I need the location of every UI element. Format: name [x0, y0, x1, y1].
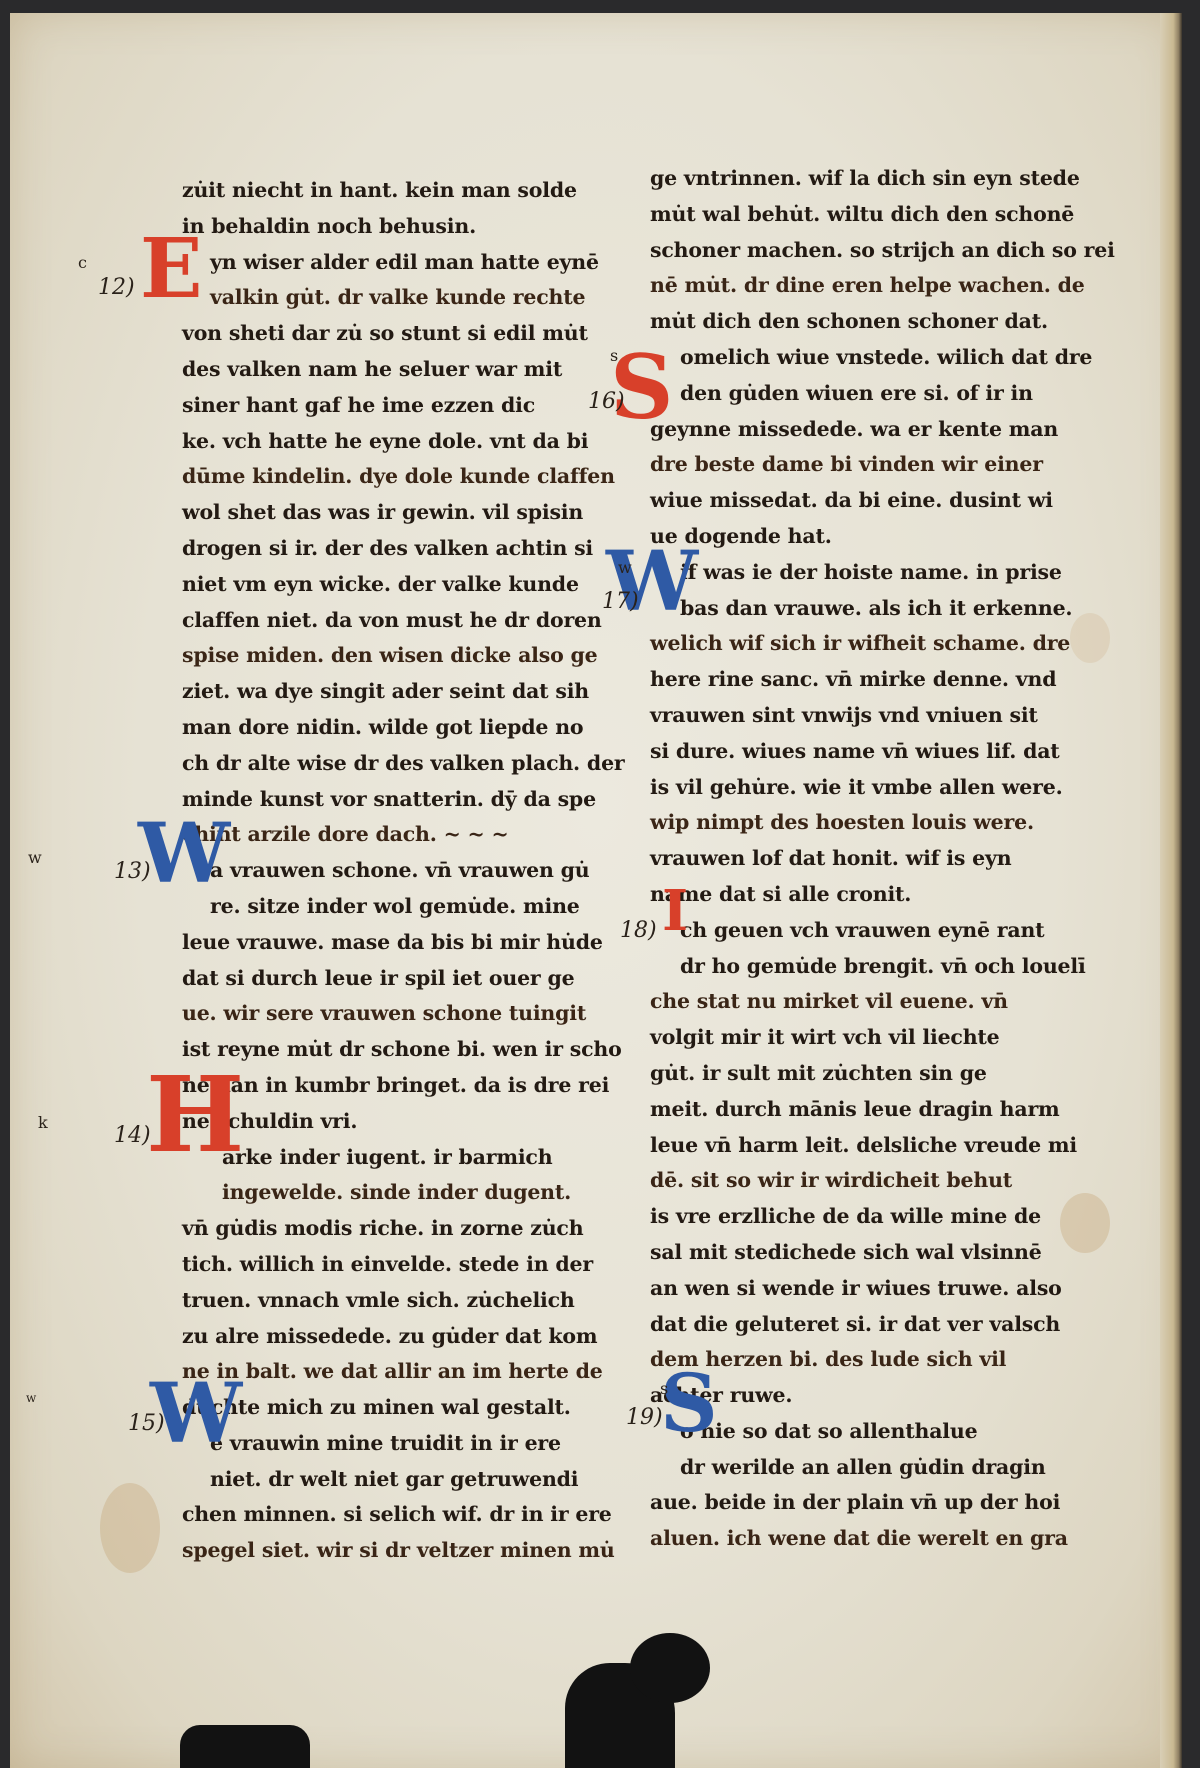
text-line: nē mu̇t. dr dine eren helpe wachen. de — [650, 268, 1100, 304]
text-line: spegel siet. wir si dr veltzer minen mu̇ — [182, 1533, 612, 1569]
text-line: ue dogende hat. — [650, 519, 1100, 555]
text-line: leue vrauwe. mase da bis bi mir hu̇de — [182, 925, 612, 961]
text-line: von sheti dar zu̇ so stunt si edil mu̇t — [182, 316, 612, 352]
text-line: chint arzile dore dach. ~ ~ ~ — [182, 817, 612, 853]
initial-h-red: H — [146, 1063, 244, 1167]
text-line: vrauwen lof dat honit. wif is eyn — [650, 841, 1100, 877]
initial-s-red: S — [610, 343, 674, 431]
initial-e-red: E — [140, 228, 203, 310]
text-line: ch dr alte wise dr des valken plach. der — [182, 746, 612, 782]
text-line: mu̇t wal behu̇t. wiltu dich den schonē — [650, 197, 1100, 233]
text-line: zu̇it niecht in hant. kein man solde — [182, 173, 612, 209]
text-line: ge vntrinnen. wif la dich sin eyn stede — [650, 161, 1100, 197]
text-line: claffen niet. da von must he dr doren — [182, 603, 612, 639]
text-line: in behaldin noch behusin. — [182, 209, 612, 245]
margin-mark: k — [38, 1113, 48, 1132]
left-column: zu̇it niecht in hant. kein man soldein b… — [182, 173, 612, 1569]
text-line: ne in balt. we dat allir an im herte de — [182, 1354, 612, 1390]
text-line: volgit mir it wirt vch vil liechte — [650, 1020, 1100, 1056]
text-line: yn wiser alder edil man hatte eynē — [182, 245, 612, 281]
text-line: is vil gehu̇re. wie it vmbe allen were. — [650, 770, 1100, 806]
stanza-number-18: 18) — [620, 918, 657, 943]
text-line: chen minnen. si selich wif. dr in ir ere — [182, 1497, 612, 1533]
text-line: ne schuldin vri. — [182, 1104, 612, 1140]
text-line: ue. wir sere vrauwen schone tuingit — [182, 996, 612, 1032]
text-line: man dore nidin. wilde got liepde no — [182, 710, 612, 746]
text-line: valkin gu̇t. dr valke kunde rechte — [182, 280, 612, 316]
text-line: a vrauwen schone. vn̄ vrauwen gu̇ — [182, 853, 612, 889]
text-line: ingewelde. sinde inder dugent. — [182, 1175, 612, 1211]
text-line: schoner machen. so strijch an dich so re… — [650, 233, 1100, 269]
margin-mark: w — [26, 1391, 36, 1405]
text-line: dat die geluteret si. ir dat ver valsch — [650, 1307, 1100, 1343]
text-line: vn̄ gu̇dis modis riche. in zorne zu̇ch — [182, 1211, 612, 1247]
stanza-number-12: 12) — [98, 275, 135, 300]
text-line: geynne missedede. wa er kente man — [650, 412, 1100, 448]
guide-letter: c — [78, 253, 87, 272]
text-line: du̇chte mich zu minen wal gestalt. — [182, 1390, 612, 1426]
text-line: wol shet das was ir gewin. vil spisin — [182, 495, 612, 531]
text-line: dr werilde an allen gu̇din dragin — [650, 1450, 1100, 1486]
text-line: drogen si ir. der des valken achtin si — [182, 531, 612, 567]
text-line: siner hant gaf he ime ezzen dic — [182, 388, 612, 424]
text-line: welich wif sich ir wifheit schame. dre — [650, 626, 1100, 662]
text-line: tich. willich in einvelde. stede in der — [182, 1247, 612, 1283]
stanza-number-19: 19) — [626, 1405, 663, 1430]
manuscript-page: zu̇it niecht in hant. kein man soldein b… — [10, 13, 1182, 1768]
guide-letter: s — [610, 346, 618, 365]
text-line: ist reyne mu̇t dr schone bi. wen ir scho — [182, 1032, 612, 1068]
text-line: e vrauwin mine truidit in ir ere — [182, 1426, 612, 1462]
text-line: sal mit stedichede sich wal vlsinnē — [650, 1235, 1100, 1271]
text-line: ke. vch hatte he eyne dole. vnt da bi — [182, 424, 612, 460]
text-line: here rine sanc. vn̄ mirke denne. vnd — [650, 662, 1100, 698]
text-line: den gu̇den wiuen ere si. of ir in — [650, 376, 1100, 412]
text-line: re. sitze inder wol gemu̇de. mine — [182, 889, 612, 925]
text-line: mu̇t dich den schonen schoner dat. — [650, 304, 1100, 340]
text-line: an wen si wende ir wiues truwe. also — [650, 1271, 1100, 1307]
text-line: minde kunst vor snatterin. dȳ da spe — [182, 782, 612, 818]
text-line: vrauwen sint vnwijs vnd vniuen sit — [650, 698, 1100, 734]
guide-letter: s — [660, 1379, 668, 1398]
text-line: niet. dr welt niet gar getruwendi — [182, 1462, 612, 1498]
stain — [100, 1483, 160, 1573]
text-line: niet vm eyn wicke. der valke kunde — [182, 567, 612, 603]
stanza-number-15: 15) — [128, 1411, 165, 1436]
page-damage — [630, 1633, 710, 1703]
right-column: ge vntrinnen. wif la dich sin eyn stedem… — [650, 161, 1100, 1557]
text-line: name dat si alle cronit. — [650, 877, 1100, 913]
stanza-number-14: 14) — [114, 1123, 151, 1148]
text-line: aluen. ich wene dat die werelt en gra — [650, 1521, 1100, 1557]
text-line: spise miden. den wisen dicke also ge — [182, 638, 612, 674]
text-line: dr ho gemu̇de brengit. vn̄ och louelī — [650, 949, 1100, 985]
text-line: if was ie der hoiste name. in prise — [650, 555, 1100, 591]
initial-i-red: I — [662, 883, 688, 939]
text-line: des valken nam he seluer war mit — [182, 352, 612, 388]
text-line: dre beste dame bi vinden wir einer — [650, 447, 1100, 483]
initial-s-blue: S — [660, 1363, 718, 1443]
initial-w-blue: W — [138, 813, 230, 895]
text-line: ne dan in kumbr bringet. da is dre rei — [182, 1068, 612, 1104]
stanza-number-16: 16) — [588, 389, 625, 414]
stanza-number-17: 17) — [602, 589, 639, 614]
guide-letter: w — [618, 558, 632, 577]
text-line: wip nimpt des hoesten louis were. — [650, 805, 1100, 841]
text-line: gu̇t. ir sult mit zu̇chten sin ge — [650, 1056, 1100, 1092]
text-line: meit. durch mānis leue dragin harm — [650, 1092, 1100, 1128]
margin-mark: w — [28, 848, 42, 867]
text-line: zu alre missedede. zu gu̇der dat kom — [182, 1319, 612, 1355]
text-line: aue. beide in der plain vn̄ up der hoi — [650, 1485, 1100, 1521]
text-line: bas dan vrauwe. als ich it erkenne. — [650, 591, 1100, 627]
text-line: dūme kindelin. dye dole kunde claffen — [182, 459, 612, 495]
text-line: omelich wiue vnstede. wilich dat dre — [650, 340, 1100, 376]
text-line: dē. sit so wir ir wirdicheit behut — [650, 1163, 1100, 1199]
text-line: ziet. wa dye singit ader seint dat sih — [182, 674, 612, 710]
text-line: truen. vnnach vmle sich. zu̇chelich — [182, 1283, 612, 1319]
page-damage — [180, 1725, 310, 1768]
text-line: wiue missedat. da bi eine. dusint wi — [650, 483, 1100, 519]
page-edge — [1160, 13, 1182, 1768]
text-line: is vre erzlliche de da wille mine de — [650, 1199, 1100, 1235]
text-line: leue vn̄ harm leit. delsliche vreude mi — [650, 1128, 1100, 1164]
stanza-number-13: 13) — [114, 859, 151, 884]
text-line: dat si durch leue ir spil iet ouer ge — [182, 961, 612, 997]
text-line: che stat nu mirket vil euene. vn̄ — [650, 984, 1100, 1020]
text-line: ch geuen vch vrauwen eynē rant — [650, 913, 1100, 949]
text-line: si dure. wiues name vn̄ wiues lif. dat — [650, 734, 1100, 770]
text-line: arke inder iugent. ir barmich — [182, 1140, 612, 1176]
